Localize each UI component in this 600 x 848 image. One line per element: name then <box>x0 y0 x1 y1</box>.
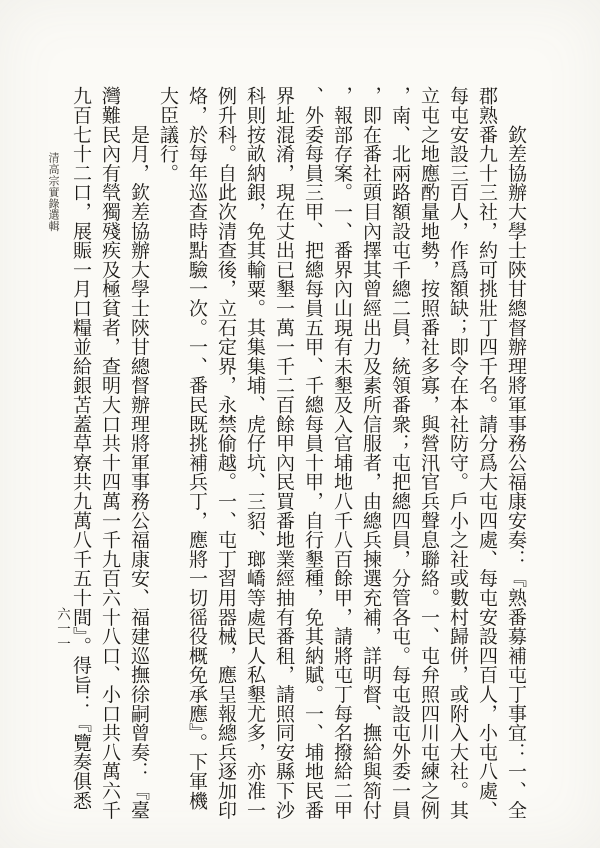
text-column: 立屯之地應酌量地勢，按照番社多寡，與營汛官兵聲息聯絡。一、屯弁照四川屯練之例 <box>414 86 443 822</box>
book-title-margin: 清高宗實錄選輯 <box>45 152 61 232</box>
text-column: 科則按畝納銀，免其輸粟。其集集埔、虎仔坑、三貂、瑯嶠等處民人私墾尤多，亦准一 <box>240 86 269 822</box>
text-column: 大臣議行。 <box>153 86 182 822</box>
text-column: ，報部存案。一、番界內山現有未墾及入官埔地八千八百餘甲，請將屯丁每名撥給二甲 <box>327 86 356 822</box>
page-number: 六一一 <box>52 607 72 651</box>
text-column: 、外委每員三甲、把總每員五甲、千總每員十甲，自行墾種，免其納賦。一、埔地民番 <box>298 86 327 822</box>
text-column: ，即在番社頭目內擇其曾經出力及素所信服者，由總兵揀選充補，詳明督、撫給與箚付 <box>356 86 385 822</box>
text-column: 每屯安設三百人，作爲額缺；即令在本社防守。戶小之社或數村歸併，或附入大社。其 <box>443 86 472 822</box>
text-column: 九百七十二口，展賑一月口糧並給銀苫蓋草寮共九萬八千五十間』。得旨：『覽奏俱悉 <box>66 86 95 822</box>
text-column: 例升科。自此次清查後，立石定界，永禁偷越。一、屯丁習用器械，應呈報總兵逐加印 <box>211 86 240 822</box>
text-column: 欽差協辦大學士陝甘總督辦理將軍事務公福康安奏：『熟番募補屯丁事宜：一、全 <box>501 86 530 822</box>
book-page: 清高宗實錄選輯 欽差協辦大學士陝甘總督辦理將軍事務公福康安奏：『熟番募補屯丁事宜… <box>0 0 600 848</box>
text-column: 烙，於每年巡查時點驗一次。一、番民既挑補兵丁，應將一切徭役概免承應』。下軍機 <box>182 86 211 822</box>
text-column: 郡熟番九十三社，約可挑壯丁四千名。請分爲大屯四處、每屯安設四百人，小屯八處、 <box>472 86 501 822</box>
main-text-block: 欽差協辦大學士陝甘總督辦理將軍事務公福康安奏：『熟番募補屯丁事宜：一、全 郡熟番… <box>66 86 530 822</box>
text-column: 灣難民內有煢獨殘疾及極貧者，查明大口共十四萬一千九百六十八口、小口共八萬六千 <box>95 86 124 822</box>
text-column: 是月，欽差協辦大學士陝甘總督辦理將軍事務公福康安、福建巡撫徐嗣曾奏：『臺 <box>124 86 153 822</box>
text-column: 界址混淆，現在丈出已墾一萬一千二百餘甲內民買番地業經抽有番租，請照同安縣下沙 <box>269 86 298 822</box>
text-column: ，南、北兩路額設屯千總二員，統領番衆；屯把總四員，分管各屯。每屯設屯外委一員 <box>385 86 414 822</box>
